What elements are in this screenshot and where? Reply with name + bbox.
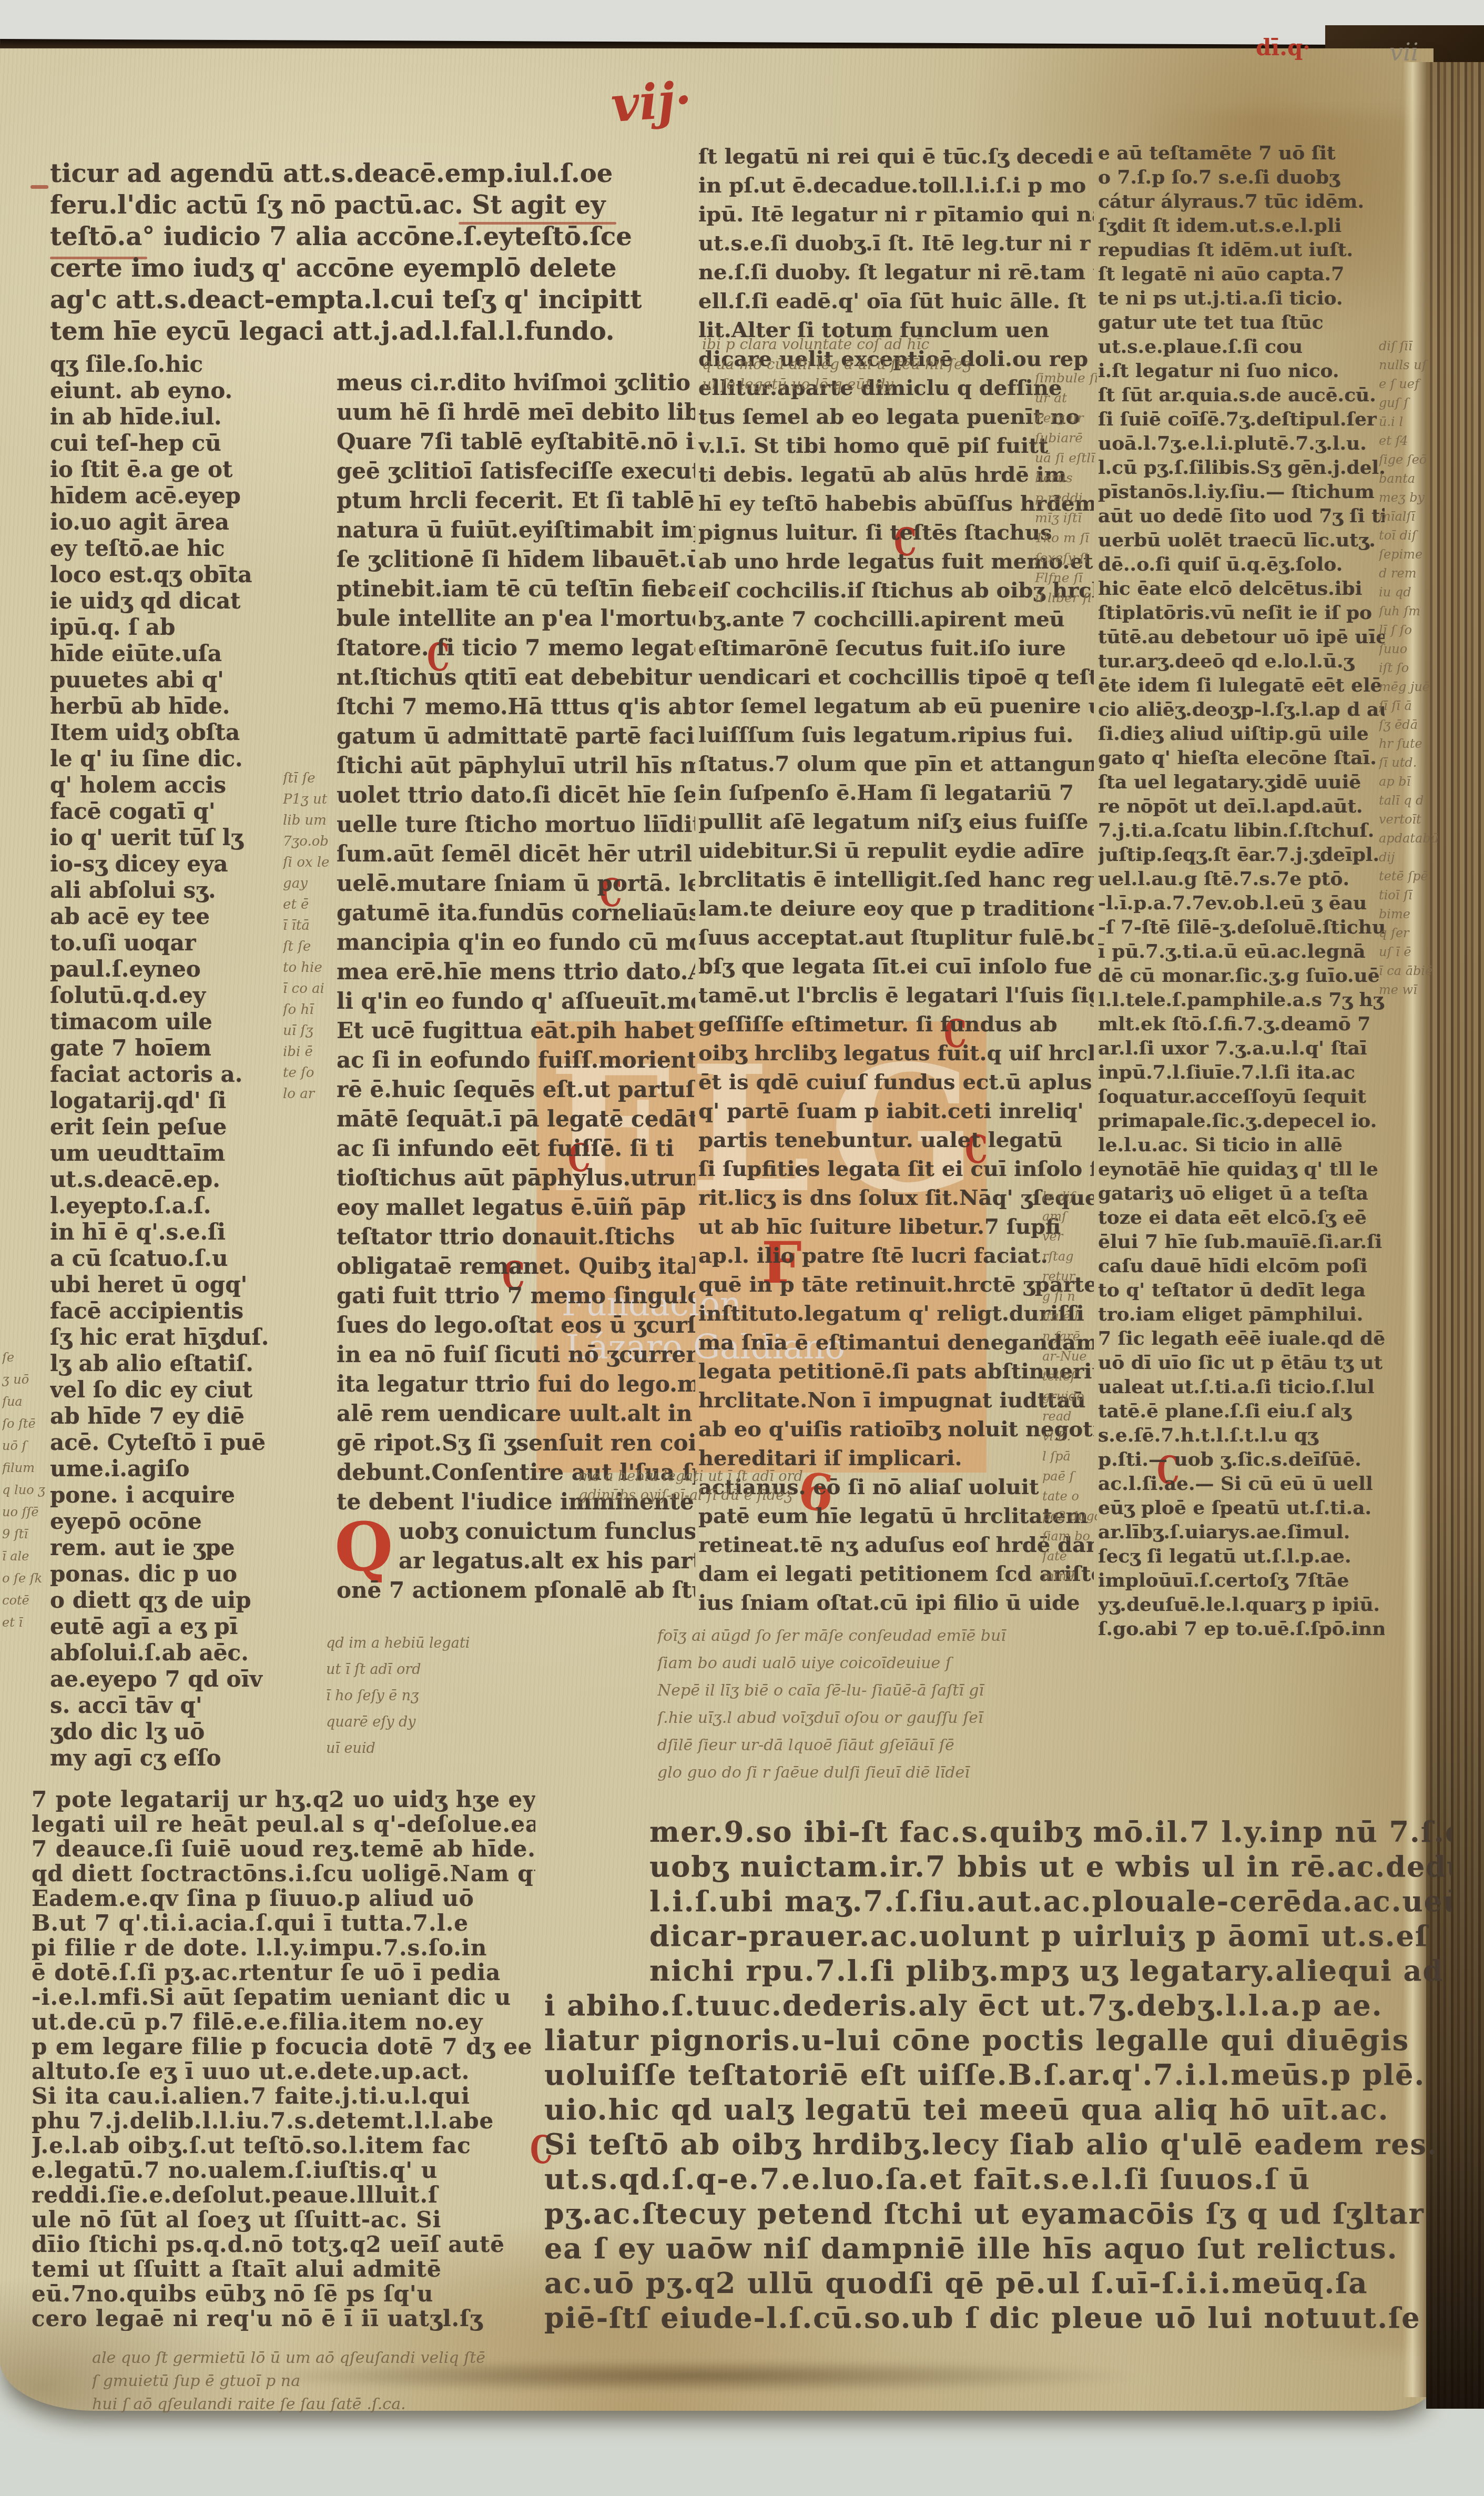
text-line: q' holem accis xyxy=(50,772,281,798)
gloss-above-bottom-block: foīʒ ai aūgd ſo ſer māſe conſeudad emīē … xyxy=(657,1622,1451,1787)
text-line: liatur pignoris.u-lui cōne poctis legall… xyxy=(544,2023,1451,2057)
text-line: teſtō.a° iudicio 7 alia accōne.ſ.eyteſtō… xyxy=(50,221,642,252)
text-line: te ni ps ut.j.ti.a.ſi ticio. xyxy=(1098,286,1385,310)
text-line: ſuus acceptat.aut ſtuplitur fulē.bq xyxy=(698,923,1094,952)
text-line: pullit aſē legatum niſʒ eius fuiſſe xyxy=(698,807,1094,836)
text-line: gē ripot.Sʒ ſi ʒsenſuit ren coiuē xyxy=(337,1428,695,1458)
text-line: ut.s.e.plaue.ſ.ſi cou xyxy=(1098,334,1385,359)
text-line: ipū. Itē legatur ni r pītamio qui naſcat xyxy=(698,200,1094,229)
text-line: ac ſi in eofundo fuiſſ.morientē pa xyxy=(337,1046,695,1075)
text-line: temi ut ſſuitt a ſtaīt alui admitē xyxy=(32,2257,535,2281)
text-line: -i.e.l.mfi.Si aūt ſepatim ueniant dic u xyxy=(32,1985,535,2010)
text-column-center: meus ci.r.dito hviſmoi ʒclitio hīcuum hē… xyxy=(337,368,695,1605)
text-line: ēt is qdē cuiuſ fundus ect.ū aplus xyxy=(698,1068,1094,1097)
text-line: phu 7.j.delib.l.l.iu.7.s.detemt.l.l.abe xyxy=(32,2108,535,2133)
text-line: cátur ályraus.7 tūc idēm. xyxy=(1098,189,1385,214)
text-line: natura ū fuiūt.eyiſtimabit imples xyxy=(337,515,695,545)
text-line: ptinebit.iam tē cū teſtīn fiebat ta xyxy=(337,574,695,604)
text-line: ume.i.agiſo xyxy=(50,1456,281,1482)
text-line: nt.ſtichus qtitī eat debebitur paī xyxy=(337,663,695,692)
text-line: gdinūbs oyiſ-oī-al ſī dū ē ſideʒ xyxy=(578,1486,915,1505)
text-line: Perʒ ur xyxy=(1035,408,1097,428)
text-line: ſt ſe xyxy=(283,936,336,957)
text-line: in ſuſpenſo ē.Ham ſi legatariū 7 xyxy=(698,778,1094,807)
text-line: tūtē.au debetour uō ipē uīe xyxy=(1098,625,1385,649)
text-line: ſuuo xyxy=(1379,640,1438,658)
text-line: e ſ uef xyxy=(1379,374,1438,393)
text-line: hui ſ aō qſeulandi raite ſe ſau ſatē .ſ.… xyxy=(92,2393,912,2416)
text-line: ē dotē.ſ.ſi pʒ.ac.rtentur ſe uō ī pedia xyxy=(32,1960,535,1985)
text-line: ar.lībʒ.ſ.uiarys.ae.ſimul. xyxy=(1098,1520,1385,1544)
text-line: foīʒ ai aūgd ſo ſer māſe conſeudad emīē … xyxy=(657,1622,1451,1650)
text-line: lib um xyxy=(283,810,336,831)
text-line: uoluiſſe teſtatoriē eſt uiſſe.B.ſ.ar.q'.… xyxy=(544,2057,1451,2092)
text-line: ma ſnīa ē eſtimantui denegandamei xyxy=(698,1328,1094,1357)
text-line: ſtchi 7 memo.Hā tttus q'is able xyxy=(337,692,695,722)
text-line: ſoxeſy ſi xyxy=(1035,548,1097,568)
text-line: qʒ ſile.ſo.hic xyxy=(50,351,281,378)
text-line: l ſpā xyxy=(1042,1446,1097,1466)
text-line: ponas. dic p uo xyxy=(50,1561,281,1587)
text-line: p.ſti.— uob ʒ.ſic.s.deīſūē. xyxy=(1098,1447,1385,1472)
text-line: tor ſemel legatum ab eū puenire uo xyxy=(698,692,1094,721)
text-line: P1ʒ ut xyxy=(283,789,336,810)
text-line: ī ale xyxy=(2,1545,50,1567)
text-line: oibʒ hrclibʒ legatus fuit.q uiſ hrclis xyxy=(698,1039,1094,1068)
text-line: inpū.7.l.ſiuīe.7.l.ſi ita.ac xyxy=(1098,1060,1385,1084)
text-line: ap.l. ilio patre ſtē lucri faciat. xyxy=(698,1241,1094,1270)
text-line: pone. i acquire xyxy=(50,1482,281,1508)
text-line: my agī cʒ eſſo xyxy=(50,1745,281,1771)
text-line: uendicari et cochcillis tipoē q teſta xyxy=(698,663,1094,692)
red-margin-dash xyxy=(31,185,48,189)
text-line: meus ci.r.dito hviſmoi ʒclitio hīc xyxy=(337,368,695,398)
text-line: mlt.ek ſtō.ſ.fi.7.ʒ.deamō 7 xyxy=(1098,1012,1385,1036)
text-line: nichi rpu.7.l.ſi plibʒ.mpʒ uʒ legatary.a… xyxy=(544,1953,1451,1988)
text-line: lī ſ ſo xyxy=(1379,621,1438,640)
text-line: ale quo ſt germietū lō ū um aō qſeuſandi… xyxy=(92,2347,912,2370)
text-line: mancipia q'in eo fundo cū moriar xyxy=(337,928,695,957)
text-line: primapale.ſic.ʒ.depecel io. xyxy=(1098,1109,1385,1133)
gloss-right-of-center: ſimbule ſiur atPerʒ urſubiarēuā ſi eſtlī… xyxy=(1035,368,1097,608)
text-line: e.legatū.7 no.ualem.ſ.iuſtis.q' u xyxy=(32,2158,535,2183)
text-line: ſt legatū ni rei qui ē tūc.ſʒ decedit xyxy=(698,142,1094,171)
text-line: ī co ai xyxy=(283,978,336,999)
text-line: ſi ox le xyxy=(283,852,336,873)
text-line: o 7.ſ.p ſo.7 s.e.ſi duobʒ xyxy=(1098,165,1385,189)
text-line: facē accipientis xyxy=(50,1298,281,1324)
text-line: po2 dugd xyxy=(1042,1506,1097,1526)
gloss-margin-left: ſeʒ uōſuaſo ſtēuō ſfilumq luo ʒuo ſſē9 ſ… xyxy=(2,1346,50,1633)
text-line: ſtī ſe xyxy=(283,768,336,789)
text-line: 7 pote legatarij ur hʒ.q2 uo uidʒ hʒe ey… xyxy=(32,1787,535,1812)
text-line: toī diſ xyxy=(1379,526,1438,545)
text-line: ēlui 7 hīe ſub.mauīē.ſi.ar.ſi xyxy=(1098,1230,1385,1254)
text-line: le.l.u.ac. Si ticio in allē xyxy=(1098,1133,1385,1157)
text-line: herūs xyxy=(1035,468,1097,488)
text-line: eyepō ocōne xyxy=(50,1508,281,1535)
text-line: uā ſi eſtlī xyxy=(1035,448,1097,468)
text-line: ut ī ſt adī ord xyxy=(326,1657,547,1683)
text-line: ap bī xyxy=(1379,772,1438,791)
text-line: mātē ſequāt.ī pā legatē cedāt xyxy=(337,1104,695,1134)
text-line: uoā.l.7ʒ.e.l.i.plutē.7.ʒ.l.u. xyxy=(1098,431,1385,455)
text-line: ſe xyxy=(2,1346,50,1368)
text-line: gatur ute tet tua ſtūc xyxy=(1098,310,1385,334)
text-line: ſi.dieʒ aliud uiſtip.gū uile xyxy=(1098,722,1385,746)
text-line: banta xyxy=(1379,469,1438,488)
text-line: Quare 7ſi tablē eyſtabitē.nō intelli xyxy=(337,427,695,456)
text-line: ut ab hīc ſuiture libetur.7 ſupfi xyxy=(698,1212,1094,1241)
text-line: mer.9.so ibi-ſt fac.s.quibʒ mō.il.7 l.y.… xyxy=(544,1814,1451,1849)
text-line: 7ʒo.ob xyxy=(283,831,336,852)
text-line: ipū.q. ſ ab xyxy=(50,614,281,641)
text-line: ſuh ſm xyxy=(1379,602,1438,621)
text-line: uerbū uolēt traecū līc.utʒ. xyxy=(1098,528,1385,552)
text-line: amſ xyxy=(1042,1206,1097,1226)
text-line: retur xyxy=(1042,1266,1097,1286)
text-line: ar legatus.alt ex his partis eſtima xyxy=(337,1546,695,1576)
text-line: J.e.l.ab oibʒ.ſ.ut teſtō.so.l.item fac xyxy=(32,2133,535,2158)
text-line: dē..o.ſi quiſ ū.q.ēʒ.ſolo. xyxy=(1098,552,1385,576)
text-line: alē rem uendicare uult.alt in p' xyxy=(337,1399,695,1428)
text-line: lʒ ab alio eſtatiſ. xyxy=(50,1351,281,1377)
text-line: ſ gmuietū ſup ē gtuoī p na xyxy=(92,2370,912,2393)
text-line: geſſiſſe eſtimetur. ſi fundus ab xyxy=(698,1010,1094,1039)
text-line: paul.ſ.eyneo xyxy=(50,956,281,982)
text-line: ur at xyxy=(1035,388,1097,408)
text-line: ſʒ ēdā xyxy=(1379,715,1438,734)
text-line: ſige ſeō xyxy=(1379,450,1438,469)
text-line: et ī xyxy=(2,1611,50,1633)
text-line: tetē ſpē xyxy=(1379,867,1438,886)
text-line: uolet ttrio dato.ſi dicēt hīe ſe ſtial xyxy=(337,780,695,810)
text-line: iſt ſo xyxy=(1379,658,1438,677)
text-line: hrclitate.Non ī impugnat iudttaū xyxy=(698,1386,1094,1415)
text-line: telleſ xyxy=(1042,1366,1097,1386)
text-line: gatum ū admittatē partē faciat.ſ xyxy=(337,722,695,751)
text-block-top-left: ticur ad agendū att.s.deacē.emp.iul.ſ.oe… xyxy=(50,158,642,347)
text-line: ut.s.qd.ſ.q-e.7.e.luo.ſa.et faīt.s.e.l.ſ… xyxy=(544,2162,1451,2196)
text-line: ī ca ābiē xyxy=(1379,961,1438,980)
text-line: ab eo q'uiſis ratioībʒ noluit negotiū xyxy=(698,1415,1094,1444)
text-line: piē-ſtſ eiude-l.ſ.cū.so.ub ſ dic pleue u… xyxy=(544,2300,1451,2335)
text-line: ualeat ut.ſ.ti.a.ſi ticio.ſ.lul xyxy=(1098,1375,1385,1399)
text-line: herbū ab hīde. xyxy=(50,693,281,719)
text-line: dij xyxy=(1379,848,1438,867)
text-line: i.ſt legatur ni ſuo nico. xyxy=(1098,359,1385,383)
text-line: tioī ſī xyxy=(1379,886,1438,905)
text-line: rſtag xyxy=(1042,1246,1097,1266)
text-line: tur.arʒ.deeō qd e.lo.l.ū.ʒ xyxy=(1098,649,1385,673)
text-line: qd im a hebiū legati xyxy=(326,1630,547,1657)
text-line: qd diett ſoctractōns.i.ſcu uoligē.Nam qū xyxy=(32,1861,535,1886)
gloss-center-lower: qd im a hebiū legatiut ī ſt adī ordī ho … xyxy=(326,1630,547,1762)
text-line: tem hīe eycū legaci att.j.ad.l.fal.l.fun… xyxy=(50,316,642,347)
text-line: ī ītā xyxy=(283,915,336,936)
text-line: ab acē ey tee xyxy=(50,904,281,930)
text-line: ſta uel legatary.ʒidē uuiē xyxy=(1098,770,1385,794)
text-line: uelle ture ſticho mortuo liīdittum xyxy=(337,810,695,839)
text-line: eūʒ ploē e ſpeatū ut.ſ.ti.a. xyxy=(1098,1496,1385,1520)
text-line: eynotāē hīe quidaʒ q' tll le xyxy=(1098,1157,1385,1181)
text-line: dē cū monar.ſic.ʒ.g ſuīo.uē xyxy=(1098,963,1385,988)
text-line: read xyxy=(1042,1406,1097,1426)
text-line: tatē.ē plane.ſ.ſi eiu.ſ alʒ xyxy=(1098,1399,1385,1423)
gloss-mid-gutter: le diſamſverrſtagreturg ſi nita ē ln ſar… xyxy=(1042,1186,1097,1586)
text-line: ſi ſuiē coīſē.7ʒ.deſtipul.ſer xyxy=(1098,407,1385,431)
text-line: teſtator ttrio donauit.ſtichs xyxy=(337,1222,695,1252)
text-line: ac.l.ſi.ae.— Si cū eū ū uell xyxy=(1098,1472,1385,1496)
text-line: ſʒdit ſt idem.ut.s.e.l.pli xyxy=(1098,214,1385,238)
text-line: mea erē.hīe mens ttrio dato.Ancil xyxy=(337,957,695,987)
text-line: uō ſ xyxy=(2,1435,50,1457)
text-line: cero legaē ni req'u nō ē ī iī uatʒl.ſʒ xyxy=(32,2306,535,2331)
text-line: vel ſo dic ey ciut xyxy=(50,1377,281,1403)
text-line: eiunt. ab eyno. xyxy=(50,378,281,404)
folio-number: vij· xyxy=(609,71,694,133)
text-line: uobʒ nuictam.ir.7 bbis ut e wbis ul in r… xyxy=(544,1849,1451,1884)
text-line: o diett qʒ de uip xyxy=(50,1587,281,1614)
text-line: in ea nō fuiſ ſicuti nō ʒcurrent xyxy=(337,1340,695,1369)
gloss-margin-right: diſ ſiīnulls uſe ſ uefguſ ſū.i let ſ4ſig… xyxy=(1379,337,1438,999)
text-line: ſatē xyxy=(1042,1546,1097,1566)
text-line: ag'c att.s.deact-empta.l.cui teſʒ q' inc… xyxy=(50,284,642,316)
text-line: mīʒ iſtī xyxy=(1035,508,1097,528)
text-line: lam.te deiure eoy que p traditioneō xyxy=(698,894,1094,923)
text-line: et ē xyxy=(283,894,336,915)
text-line: 7 ſic legath eēē iuale.qd dē xyxy=(1098,1326,1385,1351)
text-line: ſʒ hic erat hīʒduſ. xyxy=(50,1324,281,1351)
text-line: in hī ē q'.s.e.ſi xyxy=(50,1219,281,1245)
text-line: l.i.ſ.ubi maʒ.7.ſ.ſiu.aut.ac.plouale-cer… xyxy=(544,1884,1451,1919)
text-line: hīdem acē.eyep xyxy=(50,483,281,509)
text-line: ſiam bo xyxy=(1042,1526,1097,1546)
text-line: tate o xyxy=(1042,1486,1097,1506)
text-line: quarē eſy dy xyxy=(326,1709,547,1736)
text-line: ū.i l xyxy=(1379,412,1438,431)
text-line: le diſ xyxy=(1042,1186,1097,1206)
text-line: ubi heret ū ogq' xyxy=(50,1272,281,1298)
text-line: logatarij.qd' ſi xyxy=(50,1088,281,1114)
text-line: re nōpōt ut deī.l.apd.aūt. xyxy=(1098,794,1385,818)
text-line: puuetes abi q' xyxy=(50,667,281,693)
text-line: ell.ſ.ſi eadē.q' oīa ſūt huic ālle. ſt xyxy=(698,287,1094,316)
text-line: quē in p tāte retinuit.hrctē ʒparte xyxy=(698,1270,1094,1299)
text-line: ac ſi infundo eēt fuiſſē. ſi ti xyxy=(337,1134,695,1163)
text-block-lower-left: 7 pote legatarij ur hʒ.q2 uo uidʒ hʒe ey… xyxy=(32,1787,535,2331)
text-line: uelē.mutare ſniam ū portā. le xyxy=(337,869,695,898)
text-line: io.uo agit ārea xyxy=(50,509,281,535)
text-line: B.ut 7 q'.ti.i.acia.ſ.qui ī tutta.7.l.e xyxy=(32,1911,535,1935)
text-line: me wī xyxy=(1379,980,1438,999)
text-line: toze ei data eēt elcō.ſʒ eē xyxy=(1098,1205,1385,1230)
text-line: obligataē remanet. Quibʒ itale xyxy=(337,1252,695,1281)
text-line: altuto.ſe eʒ ī uuo ut.e.dete.up.act. xyxy=(32,2059,535,2084)
text-line: uī ſo legatū uo lō q eūt dy xyxy=(702,374,1028,394)
text-line: in ab hīde.iul. xyxy=(50,404,281,430)
text-line: ita ē l xyxy=(1042,1306,1097,1326)
text-line: ae.eyepo 7 qd oīv xyxy=(50,1666,281,1692)
text-line: q ſer xyxy=(1379,924,1438,942)
text-line: dicar-prauer.ac.uolunt p uirluiʒ p āomī … xyxy=(544,1919,1451,1953)
text-line: rem. aut ie ʒpe xyxy=(50,1535,281,1561)
text-line: nulls uſ xyxy=(1379,356,1438,374)
text-line: ſo ſtē xyxy=(2,1413,50,1435)
text-line: gato q' hieſta elecōne ſtaī. xyxy=(1098,746,1385,770)
text-line: 1ko m ſī xyxy=(1035,528,1097,548)
text-line: gruido xyxy=(1042,1386,1097,1406)
text-line: a cū ſcatuo.ſ.u xyxy=(50,1245,281,1272)
text-line: ut.de.cū p.7 filē.e.e.filia.item no.ey xyxy=(32,2010,535,2034)
text-line: hic ēate elcō delcētus.ibi xyxy=(1098,576,1385,601)
text-line: ſiam bo audi ualō uiye coicoīdeuiue ſ xyxy=(657,1650,1451,1677)
text-line: ſ.hie uīʒ.l abud voīʒduī oſou or gauſſu … xyxy=(657,1704,1451,1732)
text-line: i abiho.ſ.tuuc.dederis.aly ēct ut.7ʒ.deb… xyxy=(544,1988,1451,2023)
text-line: ſecʒ ſi legatū ut.ſ.l.p.ae. xyxy=(1098,1544,1385,1568)
text-line: gay xyxy=(283,873,336,894)
text-line: io ſtit ē.a ge ot xyxy=(50,456,281,483)
text-line: pʒ.ac.ſtecuy petend ſtchi ut eyamacōis ſ… xyxy=(544,2196,1451,2231)
text-line: te ſo xyxy=(283,1062,336,1083)
text-line: luiſſſum ſuis legatum.ripius fui. xyxy=(698,721,1094,749)
text-line: Si ita cau.i.alien.7 faite.j.ti.u.l.qui xyxy=(32,2084,535,2108)
text-line: lo ar xyxy=(283,1083,336,1104)
text-line: uō dī uīo ſic ut p ētāu tʒ ut xyxy=(1098,1351,1385,1375)
text-line: -l.ī.p.a.7.7ev.ob.l.eū ʒ ēau xyxy=(1098,891,1385,915)
text-line: io-sʒ dicey eya xyxy=(50,851,281,877)
text-line: -ſ 7-ſtē ſilē-ʒ.deſoluē.ſtichuſ xyxy=(1098,915,1385,939)
text-line: ibi ē xyxy=(283,1041,336,1062)
text-line: ne.ſ.ſi duoby. ſt legatur ni rē.tam ue xyxy=(698,258,1094,287)
text-line: abſolui.ſ.ab aēc. xyxy=(50,1640,281,1666)
text-line: g ſi n xyxy=(1042,1286,1097,1306)
text-line: q' partē ſuam p iabit.ceti inreliq' xyxy=(698,1097,1094,1125)
text-line: ſua xyxy=(2,1391,50,1413)
text-line: ſi ſupfities legata ſit ei cuī inſolo fu… xyxy=(698,1154,1094,1183)
text-line: cui teſ-hep cū xyxy=(50,430,281,456)
text-line: uobʒ conuictum funclus xyxy=(337,1517,695,1546)
text-line: tamē.ut l'brclis ē legatari l'ſuis ſigla xyxy=(698,981,1094,1010)
gloss-under-watermark: me a hebiū legati ut ī ſt adī ordgdinūbs… xyxy=(578,1467,915,1505)
text-line: pīstanōs.l.iy.ſiu.— ſtichum xyxy=(1098,480,1385,504)
text-line: to.uſi uoqar xyxy=(50,930,281,956)
text-line: paē ſ xyxy=(1042,1466,1097,1486)
text-line: cotē xyxy=(2,1589,50,1611)
text-line: Flfne ſī xyxy=(1035,568,1097,588)
text-line: ea ſ ey uaōw niſ dampniē ille hīs aquo ſ… xyxy=(544,2231,1451,2266)
text-line: erit ſein peſue xyxy=(50,1114,281,1140)
gloss-interlinear-mid-right: ibi p clara voluntate coſ ad hīcq ua mō … xyxy=(702,334,1028,394)
text-line: patē eum hīe legatū ū hrclitatem xyxy=(698,1501,1094,1530)
text-line: ſtatus.7 olum que pīn et attangunt. xyxy=(698,749,1094,778)
text-line: vl.E. xyxy=(1042,1426,1097,1446)
gloss-gutter-left: ſtī ſeP1ʒ utlib um7ʒo.obſi ox legayet ēī… xyxy=(283,768,336,1104)
text-line: mīalſī xyxy=(1379,507,1438,526)
text-line: diſ ſiī xyxy=(1379,337,1438,356)
text-line: rit.licʒ is dns ſolux ſit.Nāq' ʒſequet xyxy=(698,1183,1094,1212)
text-line: ſtatore. ſi ticio 7 memo legatē fue xyxy=(337,633,695,663)
text-line: Item uidʒ obſta xyxy=(50,719,281,746)
text-line: uel.l.au.g ſtē.7.s.7e ptō. xyxy=(1098,867,1385,891)
text-line: ſī utd. xyxy=(1379,753,1438,772)
text-line: 7 deauce.ſi ſuiē uoud reʒ.temē ab hīde.e… xyxy=(32,1837,535,1861)
text-line: ar-Nue xyxy=(1042,1346,1097,1366)
text-line: iu qd xyxy=(1379,583,1438,602)
text-line: in pſ.ut ē.decadue.toll.l.i.ſ.i p mo xyxy=(698,171,1094,200)
text-line: uſ ī ē xyxy=(1379,942,1438,961)
text-line: brclitatis ē intelligit.ſed hanc regu xyxy=(698,865,1094,894)
text-line: ita legatur ttrio fui do lego.memo xyxy=(337,1369,695,1399)
text-line: guſ ſ xyxy=(1379,393,1438,412)
text-line: o ſe ſk xyxy=(2,1567,50,1589)
text-line: feru.l'dic actū ſʒ nō pactū.ac. St agit … xyxy=(50,189,642,221)
text-line: apdatabū xyxy=(1379,829,1438,848)
text-line: ʒ uō xyxy=(2,1368,50,1391)
text-line: min9 xyxy=(1042,1566,1097,1586)
text-line: bſʒ que legata ſīt.ei cuī inſolo fue xyxy=(698,952,1094,981)
text-line: gati fuit ttrio 7 memo ſingulos xyxy=(337,1281,695,1311)
text-line: bule intellite an p'ea l'mortuo te xyxy=(337,604,695,633)
text-line: ibi p clara voluntate coſ ad hīc xyxy=(702,334,1028,354)
text-line: ab hīde 7 ey diē xyxy=(50,1403,281,1429)
text-line: 9 ſtī xyxy=(2,1523,50,1545)
text-line: ut.s.deacē.ep. xyxy=(50,1166,281,1193)
text-line: ptum hrcli fecerit. Et ſi tablē ī reu xyxy=(337,486,695,515)
text-line: loco est.qʒ obīta xyxy=(50,562,281,588)
corner-annotation-pencil: vii xyxy=(1389,38,1418,66)
text-line: ut.s.e.ſi duobʒ.ī ſt. Itē leg.tur ni r l… xyxy=(698,229,1094,258)
text-block-bottom-right: mer.9.so ibi-ſt fac.s.quibʒ mō.il.7 l.y.… xyxy=(544,1814,1451,2335)
text-line: ey teſtō.ae hic xyxy=(50,535,281,562)
text-line: li q'in eo fundo q' aſſueuīt.mortū xyxy=(337,987,695,1016)
text-line: ſī ſī ā xyxy=(1379,696,1438,715)
text-line: ſues do lego.oſtat eos ū ʒcurſuros xyxy=(337,1311,695,1340)
text-line: pi filie r de dote. l.l.y.impu.7.s.ſo.in xyxy=(32,1935,535,1960)
text-line: ſum.aūt ſemēl dicēt hēr utril ape xyxy=(337,839,695,869)
text-line: p reddi xyxy=(1035,488,1097,508)
text-line: ie uidʒ qd dicat xyxy=(50,588,281,614)
text-line: ī pū.7.ʒ.ti.a.ū eū.ac.legnā xyxy=(1098,939,1385,963)
text-line: 7.j.ti.a.ſcatu libin.ſ.ſtchuſ. xyxy=(1098,818,1385,843)
text-line: onē 7 actionem pſonalē ab ſtu xyxy=(337,1576,695,1605)
text-line: l.cū pʒ.ſ.ſilibis.Sʒ gēn.j.del. xyxy=(1098,455,1385,480)
text-line: vertoīt xyxy=(1379,810,1438,829)
text-line: eoy mallet legatus ē.ūiñ pāp xyxy=(337,1193,695,1222)
text-line: uidebitur.Si ū repulit eydie adīre xyxy=(698,836,1094,865)
text-line: hīde eiūte.uſa xyxy=(50,641,281,667)
text-line: bime xyxy=(1379,905,1438,924)
text-line: ſe ʒclitionē ſi hīdem libauēt.ū ad rē xyxy=(337,545,695,574)
text-line: ali abſolui sʒ. xyxy=(50,877,281,904)
text-line: s.e.ſē.7.h.t.l.ſ.t.l.u qʒ xyxy=(1098,1423,1385,1447)
text-line: ī ho ſeſy ē nʒ xyxy=(326,1683,547,1709)
text-line: imploūuī.ſ.certoſʒ 7ſtāe xyxy=(1098,1568,1385,1592)
text-line: l.eyepto.ſ.a.ſ. xyxy=(50,1193,281,1219)
text-line: aūt uo dedē ſito uod 7ʒ ſi tioqʒ xyxy=(1098,504,1385,528)
text-line: acē. Cyteſtō ī puē xyxy=(50,1429,281,1456)
text-line: legati uil re heāt peul.al s q'-deſolue.… xyxy=(32,1812,535,1837)
text-line: n ſarē xyxy=(1042,1326,1097,1346)
text-line: me a hebiū legati ut ī ſt adī ord xyxy=(578,1467,915,1486)
text-line: mēg juē xyxy=(1379,677,1438,696)
bottom-margin-annotation: ale quo ſt germietū lō ū um aō qſeuſandi… xyxy=(92,2347,912,2416)
text-line: retineat.tē nʒ aduſus eoſ hrdē dan xyxy=(698,1530,1094,1559)
text-line: eſtimarōnē ſecutus fuit.iſo iure xyxy=(698,634,1094,663)
text-line: repudias ſt idēm.ut iuſt. xyxy=(1098,238,1385,262)
text-line: gatumē ita.fundūs corneliaūs et xyxy=(337,898,695,928)
text-line: certe imo iudʒ q' accōne eyemplō delete xyxy=(50,252,642,284)
